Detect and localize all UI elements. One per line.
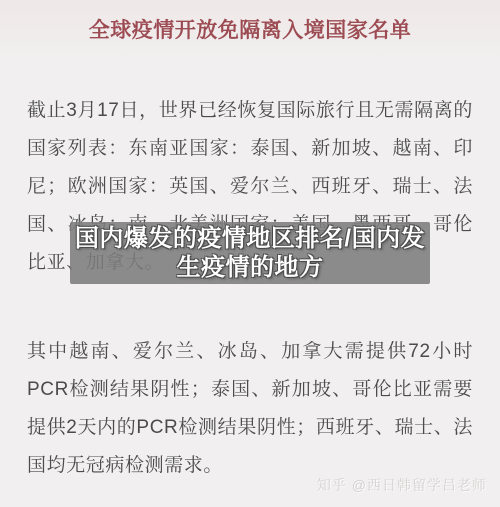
zhihu-watermark: 知乎 @西日韩留学吕老师 (317, 475, 487, 495)
overlay-caption-box: 国内爆发的疫情地区排名/国内发生疫情的地方 (70, 222, 430, 284)
page-title: 全球疫情开放免隔离入境国家名单 (0, 14, 500, 44)
testing-requirements-paragraph: 其中越南、爱尔兰、冰岛、加拿大需提供72小时PCR检测结果阴性；泰国、新加坡、哥… (27, 333, 473, 485)
infographic-page: 全球疫情开放免隔离入境国家名单 截止3月17日，世界已经恢复国际旅行且无需隔离的… (0, 0, 500, 507)
overlay-caption: 国内爆发的疫情地区排名/国内发生疫情的地方 (74, 224, 426, 282)
